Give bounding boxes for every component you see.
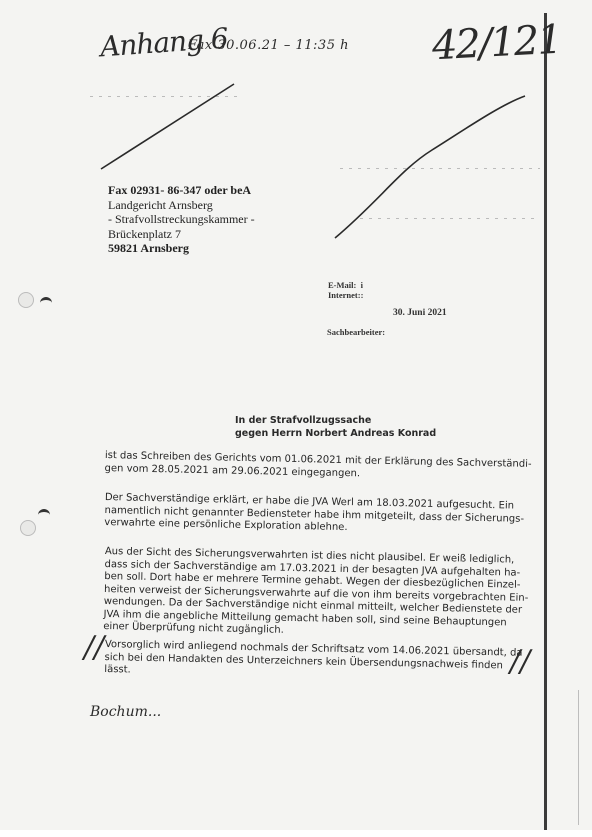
recipient-fax-line: Fax 02931- 86-347 oder beA <box>108 183 255 198</box>
sender-contact: E-Mail: i Internet:: <box>328 280 363 300</box>
signature: Bochum... <box>90 704 161 720</box>
recipient-address: Fax 02931- 86-347 oder beA Landgericht A… <box>108 183 255 256</box>
handwritten-margin-mark-left: // <box>84 630 104 665</box>
scanned-page: Anhang 6 Fax 30.06.21 – 11:35 h 42/121 F… <box>0 0 592 830</box>
letter-date: 30. Juni 2021 <box>393 308 447 318</box>
subject-block: In der Strafvollzugssache gegen Herrn No… <box>235 415 436 440</box>
strike-line-right <box>335 96 525 238</box>
recipient-court: Landgericht Arnsberg <box>108 198 255 213</box>
body-paragraph-3: Aus der Sicht des Sicherungsverwahrten i… <box>103 546 535 642</box>
handwritten-margin-mark-right: // <box>510 644 530 679</box>
recipient-city: 59821 Arnsberg <box>108 241 255 256</box>
email-label: E-Mail: <box>328 280 356 290</box>
subject-line-2: gegen Herrn Norbert Andreas Konrad <box>235 428 436 441</box>
internet-label: Internet:: <box>328 290 363 300</box>
strike-line-left <box>101 84 234 169</box>
recipient-chamber: - Strafvollstreckungskammer - <box>108 212 255 227</box>
recipient-street: Brückenplatz 7 <box>108 227 255 242</box>
email-value: i <box>361 280 363 290</box>
subject-line-1: In der Strafvollzugssache <box>235 415 436 428</box>
clerk-label: Sachbearbeiter: <box>327 327 385 337</box>
